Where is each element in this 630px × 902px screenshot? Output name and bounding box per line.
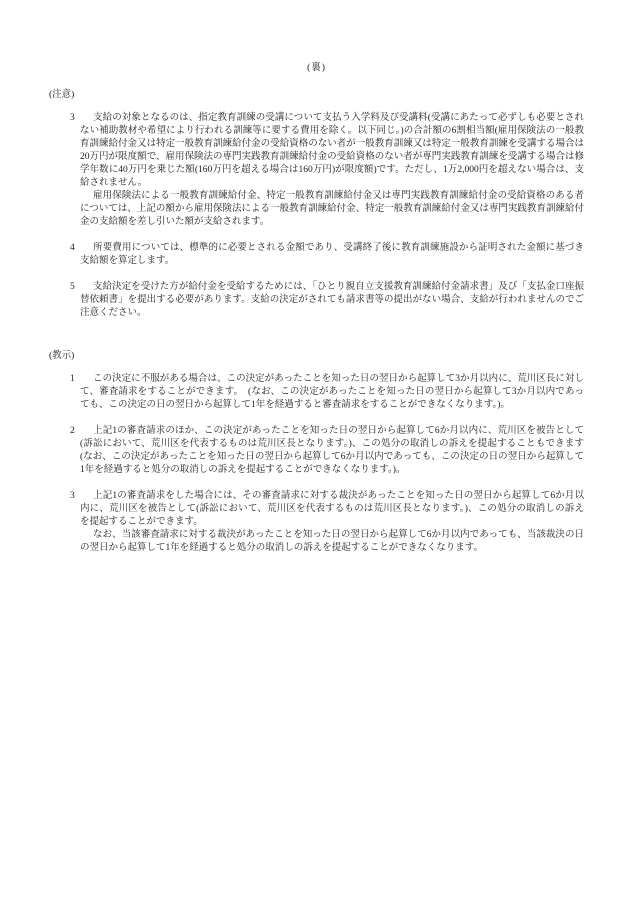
notice-item-4-paragraph-1: 4所要費用については、標準的に必要とされる金額であり、受講終了後に教育訓練施設か… xyxy=(70,242,584,268)
notice-section: (注意) 3支給の対象となるのは、指定教育訓練の受講について支払う入学料及び受講… xyxy=(49,89,584,320)
instruction-item-1: 1この決定に不服がある場合は、この決定があったことを知った日の翌日から起算して3… xyxy=(70,373,584,412)
instruction-item-3-paragraph-1: 3上記1の審査請求をした場合には、その審査請求に対する裁決があったことを知った日… xyxy=(70,490,584,529)
paragraph-text: 所要費用については、標準的に必要とされる金額であり、受講終了後に教育訓練施設から… xyxy=(80,243,584,266)
paragraph-text: この決定に不服がある場合は、この決定があったことを知った日の翌日から起算して3か… xyxy=(80,374,584,410)
document-page: (裏) (注意) 3支給の対象となるのは、指定教育訓練の受講について支払う入学料… xyxy=(0,0,630,902)
paragraph-text: 上記1の審査請求をした場合には、その審査請求に対する裁決があったことを知った日の… xyxy=(80,491,584,527)
item-number: 4 xyxy=(70,242,93,255)
item-number: 3 xyxy=(70,112,93,125)
notice-item-5-paragraph-1: 5支給決定を受けた方が給付金を受給するためには、「ひとり親自立支援教育訓練給付金… xyxy=(70,281,584,320)
paragraph-text: 上記1の審査請求のほか、この決定があったことを知った日の翌日から起算して6か月以… xyxy=(80,426,584,475)
item-number: 3 xyxy=(70,490,93,503)
item-number: 5 xyxy=(70,281,93,294)
notice-item-4: 4所要費用については、標準的に必要とされる金額であり、受講終了後に教育訓練施設か… xyxy=(70,242,584,268)
page-side-label: (裏) xyxy=(49,62,584,75)
instruction-item-1-paragraph-1: 1この決定に不服がある場合は、この決定があったことを知った日の翌日から起算して3… xyxy=(70,373,584,412)
instruction-section: (教示) 1この決定に不服がある場合は、この決定があったことを知った日の翌日から… xyxy=(49,350,584,555)
instruction-item-2-paragraph-1: 2上記1の審査請求のほか、この決定があったことを知った日の翌日から起算して6か月… xyxy=(70,425,584,477)
notice-heading: (注意) xyxy=(49,89,584,102)
item-number: 1 xyxy=(70,373,93,386)
notice-item-3-paragraph-2: 雇用保険法による一般教育訓練給付金、特定一般教育訓練給付金又は専門実践教育訓練給… xyxy=(70,190,584,229)
notice-item-3: 3支給の対象となるのは、指定教育訓練の受講について支払う入学料及び受講料(受講に… xyxy=(70,112,584,229)
notice-item-3-paragraph-1: 3支給の対象となるのは、指定教育訓練の受講について支払う入学料及び受講料(受講に… xyxy=(70,112,584,190)
instruction-item-3-paragraph-2: なお、当該審査請求に対する裁決があったことを知った日の翌日から起算して6か月以内… xyxy=(70,529,584,555)
instruction-item-2: 2上記1の審査請求のほか、この決定があったことを知った日の翌日から起算して6か月… xyxy=(70,425,584,477)
paragraph-text: 支給の対象となるのは、指定教育訓練の受講について支払う入学料及び受講料(受講にあ… xyxy=(80,113,584,188)
paragraph-text: 支給決定を受けた方が給付金を受給するためには、「ひとり親自立支援教育訓練給付金請… xyxy=(80,282,584,318)
instruction-heading: (教示) xyxy=(49,350,584,363)
instruction-item-3: 3上記1の審査請求をした場合には、その審査請求に対する裁決があったことを知った日… xyxy=(70,490,584,555)
notice-item-5: 5支給決定を受けた方が給付金を受給するためには、「ひとり親自立支援教育訓練給付金… xyxy=(70,281,584,320)
item-number: 2 xyxy=(70,425,93,438)
